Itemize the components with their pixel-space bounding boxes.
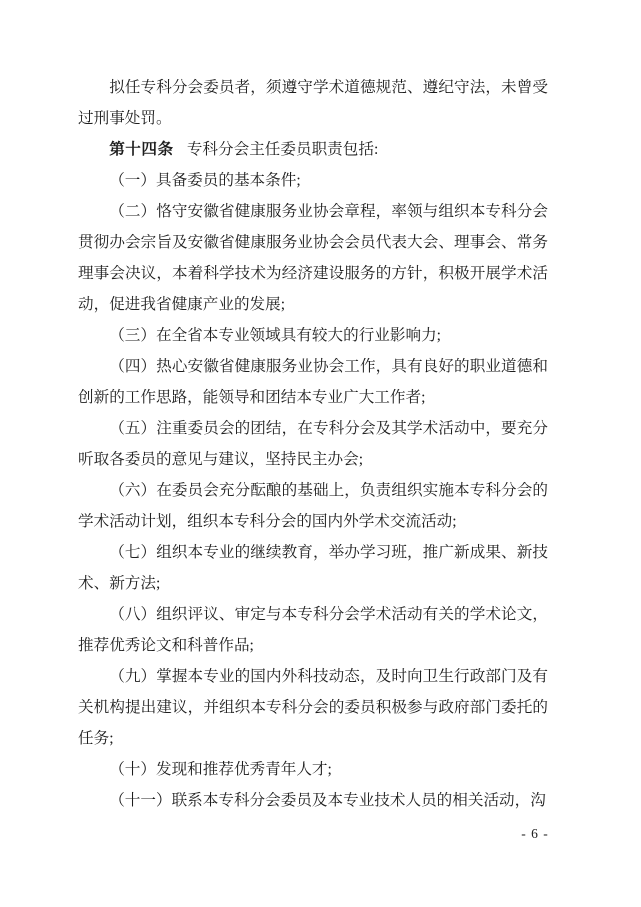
article-item-9: （九）掌握本专业的国内外科技动态，及时向卫生行政部门及有关机构提出建议，并组织本…: [78, 661, 548, 754]
article-item-8: （八）组织评议、审定与本专科分会学术活动有关的学术论文，推荐优秀论文和科普作品;: [78, 599, 548, 661]
article-item-2: （二）恪守安徽省健康服务业协会章程，率领与组织本专科分会贯彻办会宗旨及安徽省健康…: [78, 196, 548, 320]
article-item-10: （十）发现和推荐优秀青年人才;: [78, 754, 548, 785]
article-item-6: （六）在委员会充分酝酿的基础上，负责组织实施本专科分会的学术活动计划，组织本专科…: [78, 475, 548, 537]
article-item-11: （十一）联系本专科分会委员及本专业技术人员的相关活动，沟: [78, 785, 548, 816]
article-item-5: （五）注重委员会的团结，在专科分会及其学术活动中，要充分听取各委员的意见与建议，…: [78, 413, 548, 475]
document-page: 拟任专科分会委员者，须遵守学术道德规范、遵纪守法，未曾受过刑事处罚。 第十四条专…: [0, 0, 641, 907]
page-number: - 6 -: [510, 826, 560, 842]
article-heading: 第十四条专科分会主任委员职责包括:: [78, 134, 548, 165]
article-number: 第十四条: [109, 141, 173, 158]
article-item-1: （一）具备委员的基本条件;: [78, 165, 548, 196]
article-heading-text: 专科分会主任委员职责包括:: [187, 141, 378, 158]
article-item-7: （七）组织本专业的继续教育，举办学习班，推广新成果、新技术、新方法;: [78, 537, 548, 599]
paragraph-intro: 拟任专科分会委员者，须遵守学术道德规范、遵纪守法，未曾受过刑事处罚。: [78, 72, 548, 134]
document-body: 拟任专科分会委员者，须遵守学术道德规范、遵纪守法，未曾受过刑事处罚。 第十四条专…: [78, 72, 548, 816]
article-item-3: （三）在全省本专业领域具有较大的行业影响力;: [78, 320, 548, 351]
article-item-4: （四）热心安徽省健康服务业协会工作，具有良好的职业道德和创新的工作思路，能领导和…: [78, 351, 548, 413]
